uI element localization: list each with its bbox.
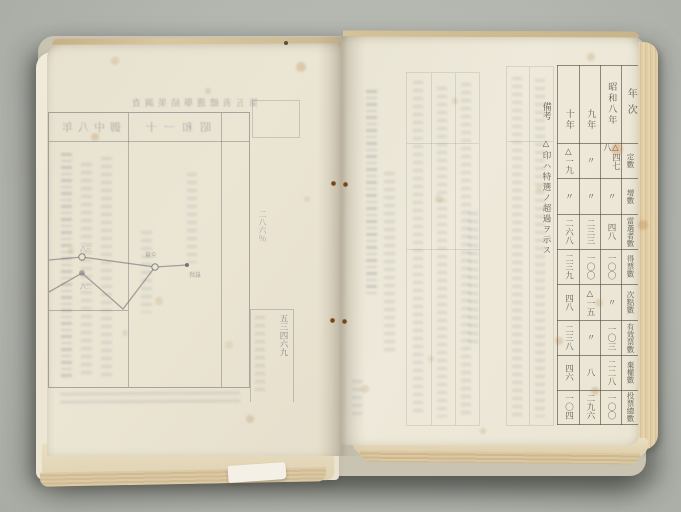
table-cell: 二六八 (558, 214, 578, 249)
year-header: 昭和八年 (606, 82, 615, 126)
photo-open-ledger: { "scene": { "description": "Photograph … (0, 0, 681, 512)
margin-note-text: 五三四六九 (275, 314, 289, 398)
remark-label: 備考 (540, 102, 549, 120)
bleedthrough-title: 第五表總選擧結果調査 (46, 96, 258, 111)
remark-note: △印ハ特選ノ超過ヲ示ス (541, 139, 550, 256)
remark-note-cell: △印ハ特選ノ超過ヲ示ス (537, 139, 554, 381)
table-cell: 一〇〇 (580, 249, 599, 284)
year-header: 九年 (585, 109, 594, 131)
row-label-cell: 投票總數 (622, 390, 638, 424)
left-table-frame: 昭和一十 御中八年 三八二八全量最終 (48, 112, 250, 388)
dark-speck (284, 41, 288, 45)
row-label-cell: 棄權數 (622, 355, 638, 390)
table-cell: 一〇〇 (601, 249, 620, 284)
table-cell: 一〇四 (558, 390, 578, 424)
table-cell: 四六 (558, 355, 578, 390)
table-cell: 一〇〇 (601, 390, 620, 424)
row-label-cell: 次點數 (622, 284, 638, 320)
table-cell: △四七八 (601, 143, 620, 178)
margin-note-box: 五三四六九 (250, 309, 294, 402)
table-cell: △一九 (558, 143, 578, 178)
table-cell: 二九六 (580, 390, 599, 424)
pencil-scribble-column (384, 172, 395, 352)
table-cell: 二二八 (601, 355, 620, 390)
table-cell: 〃 (580, 178, 599, 214)
ghost-writing-column (255, 316, 265, 396)
margin-ghost-box (252, 100, 300, 138)
svg-text:全量: 全量 (145, 251, 157, 259)
table-cell: 〃 (601, 178, 620, 214)
table-cell: 八 (580, 355, 599, 390)
table-cell: 四八 (601, 214, 620, 249)
year-header: 十年 (563, 109, 572, 131)
table-cell: 〃 (580, 320, 599, 355)
corner-header: 年次 (625, 88, 636, 120)
statistics-table: 備考 △印ハ特選ノ超過ヲ示ス 年次 昭和八年 九年 十年 △一九 〃 △四七八 … (536, 63, 638, 426)
table-cell: 二三九 (558, 249, 578, 284)
table-cell: 〃 (601, 284, 620, 320)
svg-text:二八: 二八 (80, 284, 92, 291)
table-cell: 四八 (558, 284, 578, 320)
remark-label-cell: 備考 (536, 91, 554, 131)
fox-spots (0, 0, 6, 6)
stitch-hole (342, 319, 347, 324)
pencil-scribble-column (366, 90, 377, 295)
row-label-cell: 有效票數 (622, 320, 638, 355)
diagram-svg: 三八二八全量最終 (49, 113, 249, 387)
table-cell: 一〇三 (601, 320, 620, 355)
corner-header-cell: 年次 (622, 65, 638, 143)
stitch-hole (331, 181, 336, 186)
ghost-writing-row (60, 391, 240, 406)
top-deckle-edge-right (343, 30, 639, 37)
margin-percent-note: 二八六％ (254, 210, 268, 258)
table-cell: 〃 (558, 178, 578, 214)
svg-text:三八: 三八 (80, 246, 92, 253)
year-header-cell: 九年 (580, 65, 599, 143)
table-cell: △一五 (580, 284, 599, 320)
table-cell: 〃 (580, 143, 599, 178)
svg-text:最終: 最終 (189, 271, 201, 279)
table-cell: 二三八 (558, 320, 578, 355)
row-label-cell: 得票數 (622, 249, 638, 284)
year-header-cell: 昭和八年 (601, 65, 620, 143)
stitch-hole (330, 318, 335, 323)
row-label-cell: 當選者數 (622, 214, 638, 249)
year-header-cell: 十年 (558, 65, 578, 143)
pencil-scribble-column (352, 380, 362, 420)
row-label-cell: 增數 (622, 178, 638, 214)
pencil-scribble-column (468, 212, 478, 347)
stitch-hole (343, 182, 348, 187)
row-label-cell: 定數 (622, 143, 638, 178)
table-cell: 二三三 (580, 214, 599, 249)
